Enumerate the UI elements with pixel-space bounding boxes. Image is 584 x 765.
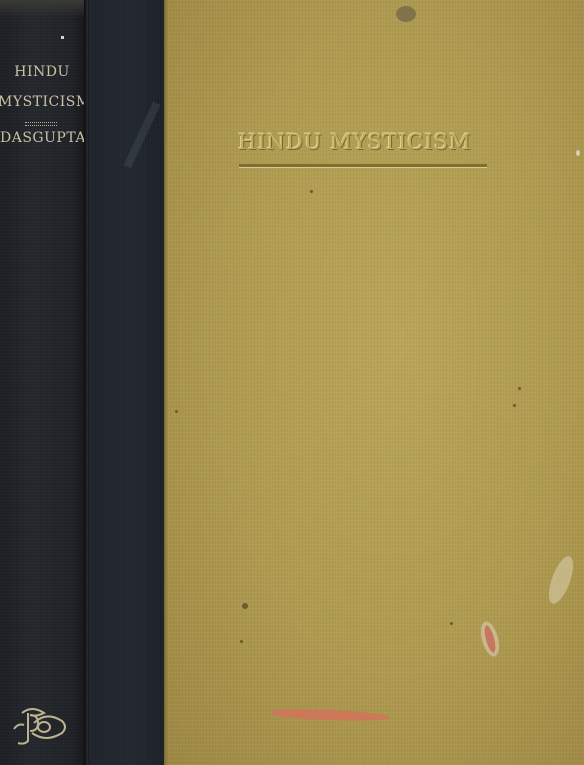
publisher-monogram-icon: [8, 703, 70, 747]
spine-mark: [61, 36, 64, 39]
speck: [240, 640, 243, 643]
speck: [310, 190, 313, 193]
book-photo: HINDU MYSTICISM DASGUPTA HINDU MYSTICISM: [0, 0, 584, 765]
book-spine: [0, 0, 84, 765]
hinge-groove: [84, 0, 88, 765]
speck: [518, 387, 521, 390]
speck: [450, 622, 453, 625]
speck: [576, 150, 580, 156]
spine-wear: [0, 0, 84, 18]
cover-title: HINDU MYSTICISM: [238, 130, 490, 154]
speck: [513, 404, 516, 407]
speck: [242, 603, 248, 609]
speck: [175, 410, 178, 413]
cover-title-rule: [239, 164, 487, 167]
front-cover: [164, 0, 584, 765]
stain: [396, 6, 416, 22]
spine-divider: [25, 122, 57, 126]
cover-edge-shadow: [164, 0, 168, 765]
spine-author: DASGUPTA: [0, 130, 84, 146]
spine-title-line1: HINDU: [0, 64, 84, 80]
spine-title-line2: MYSTICISM: [0, 94, 82, 110]
